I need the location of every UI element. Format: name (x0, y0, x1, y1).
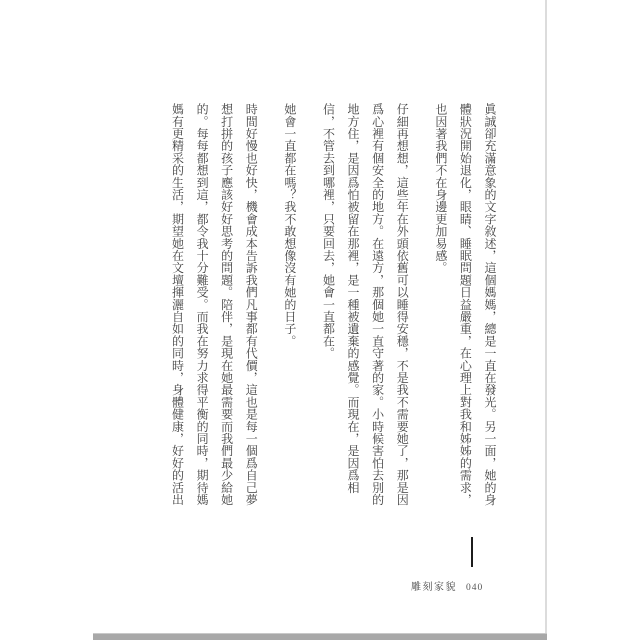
page-footer: 雕刻家貌040 (411, 578, 483, 593)
book-page-scan: 眞誠卻充滿意象的文字敘述，這個媽媽，總是一直在發光。另一面，她的身體狀況開始退化… (0, 0, 640, 640)
footer-rule (471, 537, 473, 567)
paragraph: 仔細再想想，這些年在外頭依舊可以睡得安穩，不是我不需要她了，那是因爲心裡有個安全… (316, 103, 414, 507)
body-text: 眞誠卻充滿意象的文字敘述，這個媽媽，總是一直在發光。另一面，她的身體狀況開始退化… (165, 103, 502, 507)
footer-page-number: 040 (466, 583, 483, 593)
paragraph: 眞誠卻充滿意象的文字敘述，這個媽媽，總是一直在發光。另一面，她的身體狀況開始退化… (428, 103, 502, 507)
paragraph: 她會一直都在嗎？我不敢想像沒有她的日子。 (277, 103, 302, 507)
page-edge-line (545, 0, 547, 633)
footer-book-title: 雕刻家貌 (411, 582, 457, 593)
page-bottom-shadow (93, 633, 547, 640)
paragraph: 時間好慢也好快，機會成本告訴我們凡事都有代價，這也是每一個爲自己夢想打拼的孩子應… (165, 103, 263, 507)
